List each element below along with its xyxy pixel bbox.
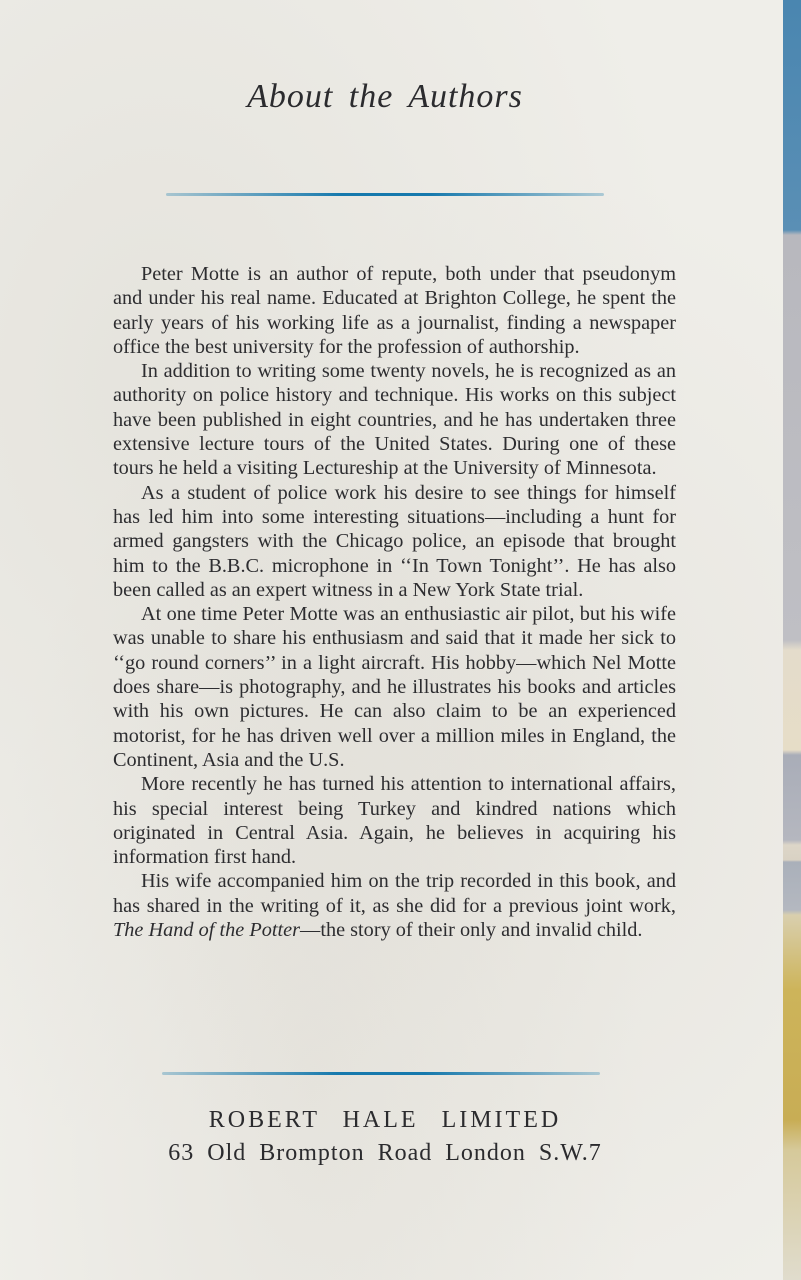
bio-paragraph: As a student of police work his desire t… — [113, 481, 676, 602]
publisher-address: 63 Old Brompton Road London S.W.7 — [0, 1140, 770, 1167]
bio-text: His wife accompanied him on the trip rec… — [113, 870, 676, 916]
book-title: The Hand of the Potter — [113, 919, 300, 941]
book-spine-edge — [783, 0, 801, 1280]
dust-jacket-back: About the Authors Peter Motte is an auth… — [0, 0, 783, 1280]
author-biography: Peter Motte is an author of repute, both… — [113, 262, 676, 942]
bio-paragraph-last: His wife accompanied him on the trip rec… — [113, 869, 676, 942]
bio-paragraph: Peter Motte is an author of repute, both… — [113, 262, 676, 359]
bottom-divider — [162, 1072, 600, 1075]
bio-paragraph: At one time Peter Motte was an enthusias… — [113, 602, 676, 772]
bio-paragraph: In addition to writing some twenty novel… — [113, 359, 676, 480]
top-divider — [166, 193, 604, 196]
bio-paragraph: More recently he has turned his attentio… — [113, 772, 676, 869]
page-title: About the Authors — [0, 78, 770, 116]
publisher-name: ROBERT HALE LIMITED — [0, 1107, 770, 1134]
bio-text: —the story of their only and invalid chi… — [300, 919, 642, 941]
